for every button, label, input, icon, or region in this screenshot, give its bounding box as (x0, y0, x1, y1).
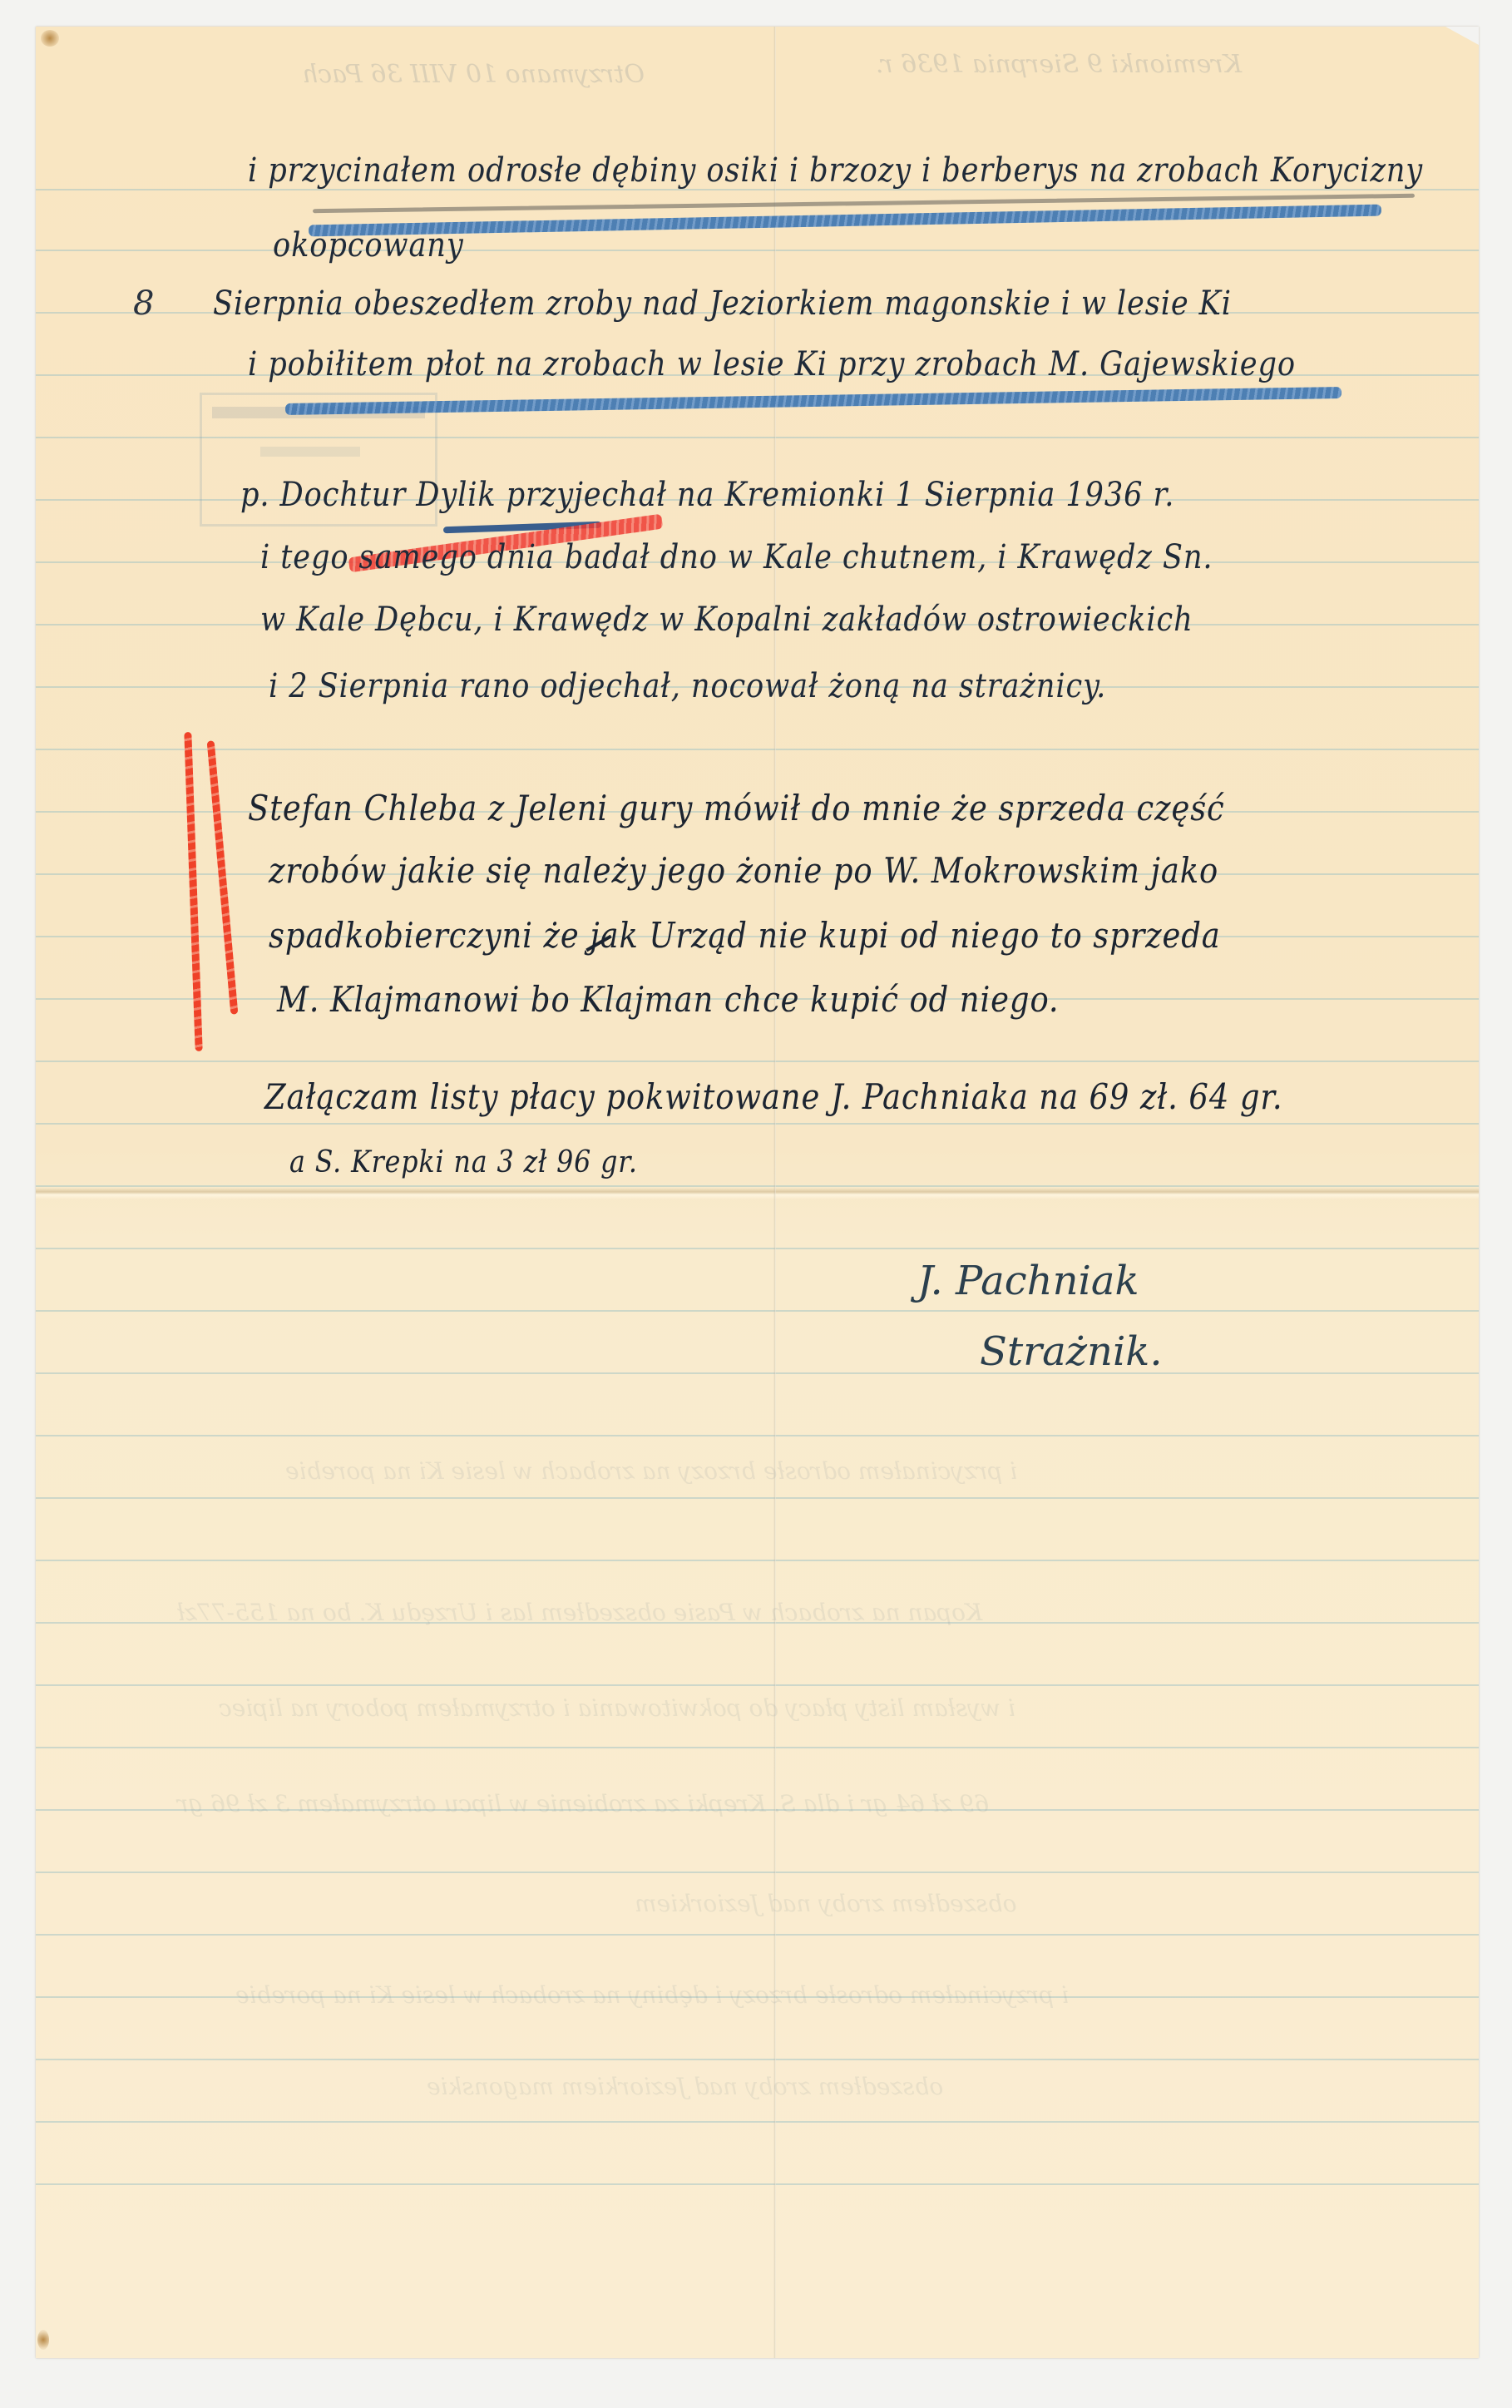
show-through-text: i przycinałem odrosłe brzozy na zrobach … (285, 1457, 1017, 1485)
text-line: spadkobierczyni że jak Urząd nie kupi od… (269, 915, 1221, 956)
text-line: i 2 Sierpnia rano odjechał, nocował żoną… (269, 667, 1106, 705)
stain-spot (41, 30, 59, 47)
text-line: a S. Krepki na 3 zł 96 gr. (289, 1145, 638, 1179)
text-line: w Kale Dębcu, i Krawędz w Kopalni zakład… (260, 601, 1193, 639)
text-line: Załączam listy płacy pokwitowane J. Pach… (264, 1076, 1283, 1117)
text-line: i tego samego dnia badał dno w Kale chut… (260, 538, 1213, 576)
stain-spot (37, 2330, 49, 2350)
show-through-text: obszedłem zroby nad Jeziorkiem magonskie (427, 2073, 943, 2100)
horizontal-fold-crease (36, 1188, 1479, 1199)
text-line: M. Klajmanowi bo Klajman chce kupić od n… (277, 979, 1060, 1020)
text-line: Sierpnia obeszedłem zroby nad Jeziorkiem… (213, 284, 1232, 323)
document-page: Otrzymano 10 VIII 36 Pach Kremionki 9 Si… (36, 27, 1479, 2358)
text-line: okopcowany (273, 226, 464, 265)
text-line: Stefan Chleba z Jeleni gury mówił do mni… (248, 788, 1225, 828)
show-through-received-note: Otrzymano 10 VIII 36 Pach (302, 60, 645, 89)
text-line: i przycinałem odrosłe dębiny osiki i brz… (248, 151, 1423, 190)
text-line: p. Dochtur Dylik przyjechał na Kremionki… (240, 476, 1174, 514)
show-through-date: Kremionki 9 Sierpnia 1936 r. (876, 50, 1242, 79)
signature-title: Strażnik. (980, 1328, 1163, 1375)
folded-corner (1445, 27, 1479, 45)
red-margin-mark (184, 732, 202, 1051)
show-through-text: i wysłam listy płacy do pokwitowania i o… (219, 1694, 1015, 1722)
text-line: zrobów jakie się należy jego żonie po W.… (269, 850, 1218, 891)
show-through-text: obszedłem zroby nad Jeziorkiem (635, 1890, 1016, 1917)
signature-name: J. Pachniak (917, 1258, 1139, 1304)
red-margin-mark (207, 740, 239, 1015)
show-through-text: i przycinałem odrosłe brzozy i dębiny na… (235, 1981, 1069, 2009)
day-number: 8 (133, 284, 154, 323)
blue-pencil-underline (285, 387, 1342, 415)
text-line: i pobiłitem płot na zrobach w lesie Ki p… (248, 345, 1296, 383)
show-through-text: Kopan na zrobach w Pasie obszedłem las i… (177, 1599, 982, 1626)
show-through-text: 69 zł 64 gr i dla S. Krepki za zrobienie… (177, 1790, 989, 1817)
